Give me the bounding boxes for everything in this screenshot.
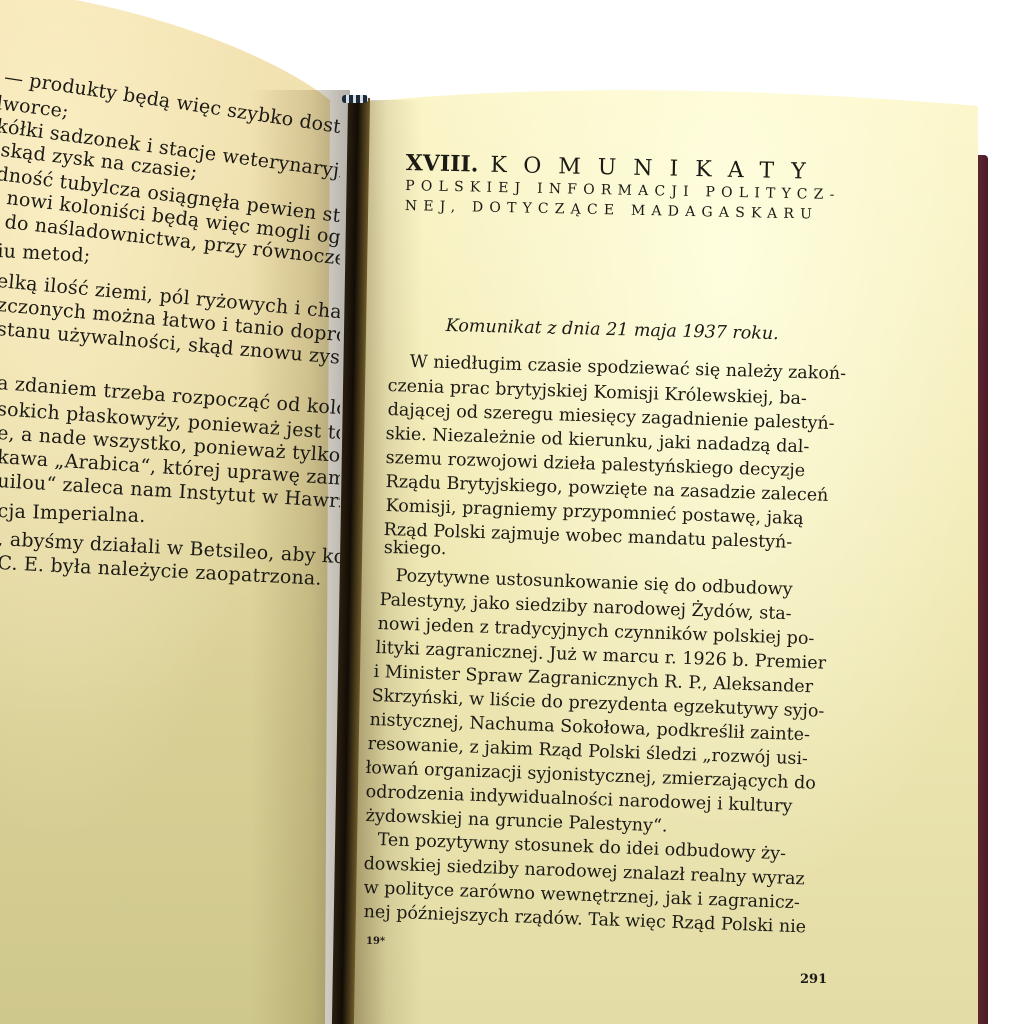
page-number: 291 — [800, 972, 827, 987]
text-line: cja Imperialna. — [0, 500, 146, 527]
text-line: iu metod; — [0, 240, 91, 267]
chapter-heading: XVIII.KOMUNIKATY POLSKIEJ INFORMACJI POL… — [405, 150, 866, 226]
left-page-text: — produkty będą więc szybko dostawały lw… — [0, 0, 340, 620]
chapter-number: XVIII. — [405, 150, 478, 178]
text-line: skiego. — [384, 538, 447, 559]
signature-mark: 19* — [366, 936, 385, 947]
book-photo: — produkty będą więc szybko dostawały lw… — [0, 0, 1010, 1024]
book-headband — [342, 95, 368, 103]
